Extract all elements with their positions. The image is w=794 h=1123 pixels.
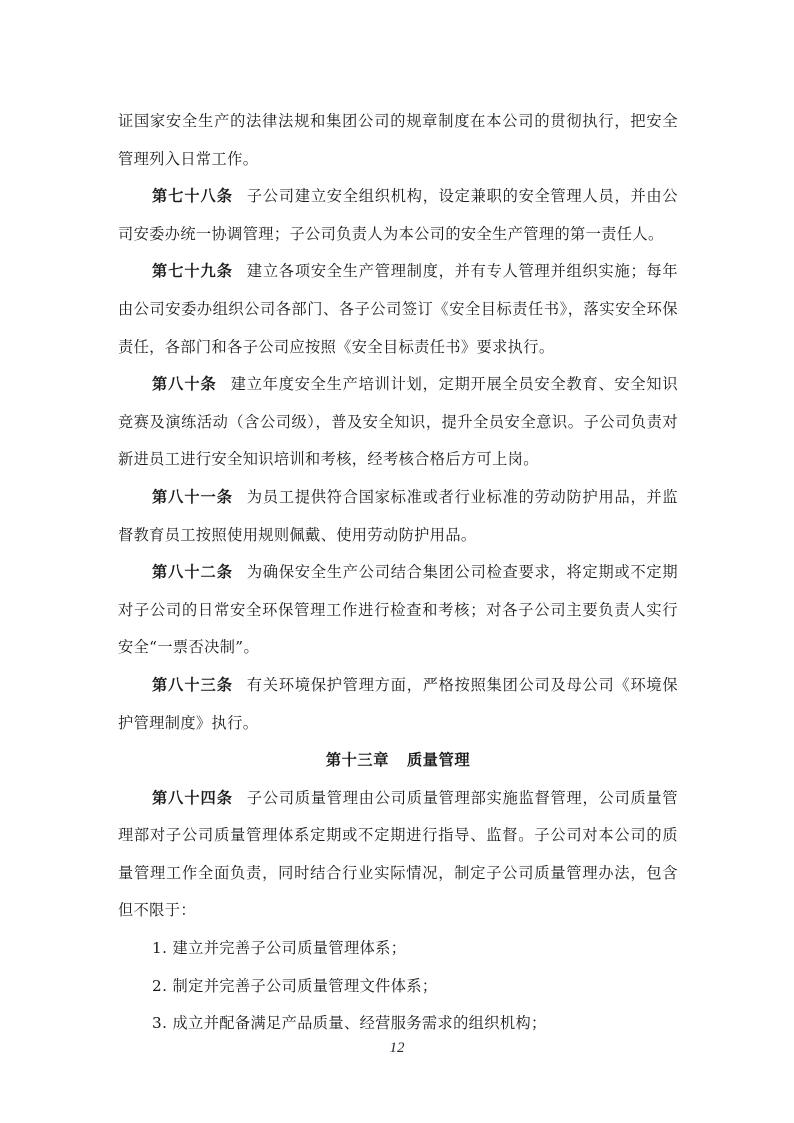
article-78: 第七十八条子公司建立安全组织机构，设定兼职的安全管理人员，并由公司安委办统一协调… [118, 178, 678, 253]
article-number: 第八十三条 [152, 676, 233, 694]
continuation-paragraph: 证国家安全生产的法律法规和集团公司的规章制度在本公司的贯彻执行，把安全管理列入日… [118, 103, 678, 178]
article-text: 子公司质量管理由公司质量管理部实施监督管理，公司质量管理部对子公司质量管理体系定… [118, 789, 678, 920]
article-83: 第八十三条有关环境保护管理方面，严格按照集团公司及母公司《环境保护管理制度》执行… [118, 667, 678, 742]
article-79: 第七十九条建立各项安全生产管理制度，并有专人管理并组织实施；每年由公司安委办组织… [118, 253, 678, 366]
article-84: 第八十四条子公司质量管理由公司质量管理部实施监督管理，公司质量管理部对子公司质量… [118, 780, 678, 930]
article-number: 第八十二条 [152, 563, 233, 581]
chapter-heading: 第十三章质量管理 [118, 742, 678, 780]
chapter-title: 质量管理 [407, 751, 470, 769]
article-81: 第八十一条为员工提供符合国家标准或者行业标准的劳动防护用品，并监督教育员工按照使… [118, 479, 678, 554]
article-number: 第八十四条 [152, 789, 233, 807]
article-number: 第七十八条 [152, 187, 233, 205]
list-item: 2. 制定并完善子公司质量管理文件体系； [118, 968, 678, 1006]
list-item: 1. 建立并完善子公司质量管理体系； [118, 930, 678, 968]
document-page: 证国家安全生产的法律法规和集团公司的规章制度在本公司的贯彻执行，把安全管理列入日… [118, 103, 678, 1043]
article-82: 第八十二条为确保安全生产公司结合集团公司检查要求，将定期或不定期对子公司的日常安… [118, 554, 678, 667]
page-number: 12 [0, 1040, 794, 1057]
article-80: 第八十条建立年度安全生产培训计划，定期开展全员安全教育、安全知识竞赛及演练活动（… [118, 366, 678, 479]
article-number: 第八十一条 [152, 488, 233, 506]
article-number: 第八十条 [152, 375, 217, 393]
chapter-number: 第十三章 [326, 751, 389, 769]
article-number: 第七十九条 [152, 262, 233, 280]
list-item: 3. 成立并配备满足产品质量、经营服务需求的组织机构； [118, 1005, 678, 1043]
